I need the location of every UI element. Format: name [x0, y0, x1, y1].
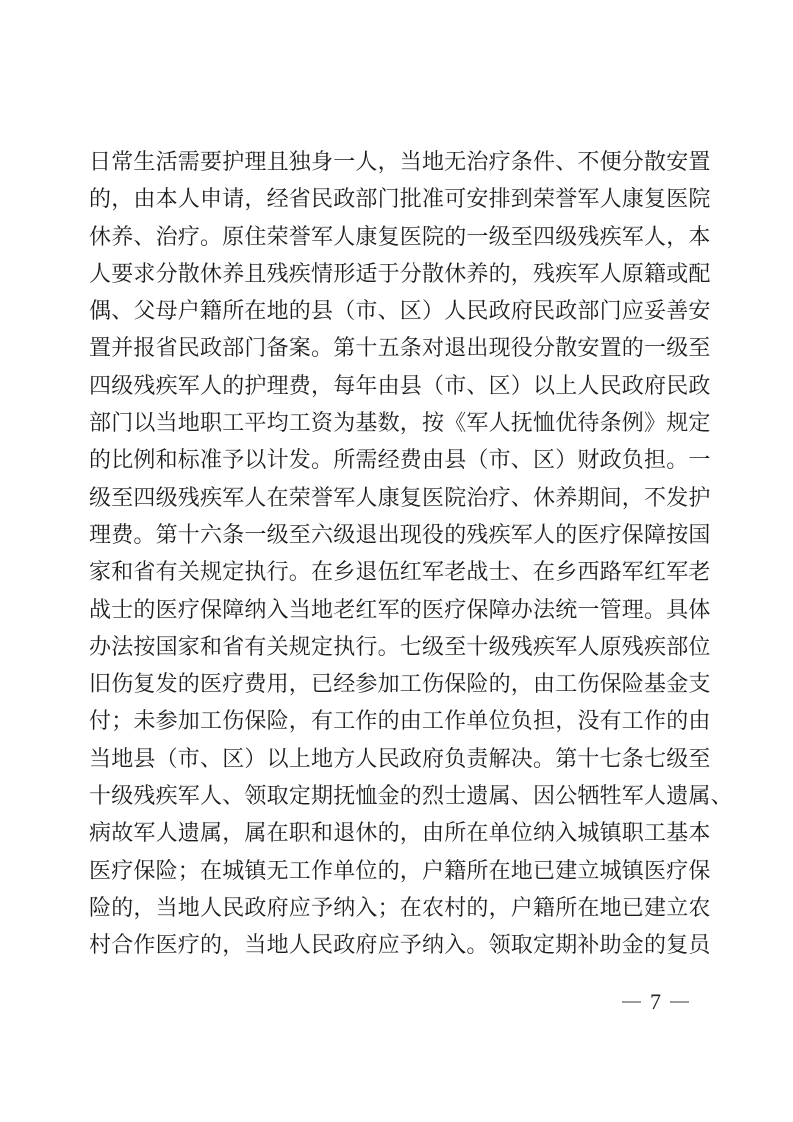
- text-line: 的，由本人申请，经省民政部门批准可安排到荣誉军人康复医院: [89, 180, 709, 217]
- text-line: 付；未参加工伤保险，有工作的由工作单位负担，没有工作的由: [89, 702, 709, 739]
- page-number-dash-left: [622, 1001, 641, 1003]
- text-line: 部门以当地职工平均工资为基数，按《军人抚恤优待条例》规定: [89, 404, 709, 441]
- text-line: 的比例和标准予以计发。所需经费由县（市、区）财政负担。一: [89, 441, 709, 478]
- page-number-value: 7: [650, 991, 661, 1013]
- text-line: 办法按国家和省有关规定执行。七级至十级残疾军人原残疾部位: [89, 628, 709, 665]
- text-line: 日常生活需要护理且独身一人，当地无治疗条件、不便分散安置: [89, 143, 709, 180]
- text-line: 置并报省民政部门备案。第十五条对退出现役分散安置的一级至: [89, 329, 709, 366]
- text-line: 理费。第十六条一级至六级退出现役的残疾军人的医疗保障按国: [89, 516, 709, 553]
- body-text: 日常生活需要护理且独身一人，当地无治疗条件、不便分散安置 的，由本人申请，经省民…: [89, 143, 709, 964]
- text-line: 人要求分散休养且残疾情形适于分散休养的，残疾军人原籍或配: [89, 255, 709, 292]
- document-page: 日常生活需要护理且独身一人，当地无治疗条件、不便分散安置 的，由本人申请，经省民…: [0, 0, 793, 1122]
- text-line: 战士的医疗保障纳入当地老红军的医疗保障办法统一管理。具体: [89, 591, 709, 628]
- text-line: 偶、父母户籍所在地的县（市、区）人民政府民政部门应妥善安: [89, 292, 709, 329]
- text-line: 级至四级残疾军人在荣誉军人康复医院治疗、休养期间，不发护: [89, 479, 709, 516]
- page-number: 7: [622, 991, 689, 1013]
- text-line: 旧伤复发的医疗费用，已经参加工伤保险的，由工伤保险基金支: [89, 665, 709, 702]
- text-line: 当地县（市、区）以上地方人民政府负责解决。第十七条七级至: [89, 740, 709, 777]
- text-line: 医疗保险；在城镇无工作单位的，户籍所在地已建立城镇医疗保: [89, 852, 709, 889]
- text-line: 家和省有关规定执行。在乡退伍红军老战士、在乡西路军红军老: [89, 553, 709, 590]
- text-line: 四级残疾军人的护理费，每年由县（市、区）以上人民政府民政: [89, 367, 709, 404]
- page-number-dash-right: [670, 1001, 689, 1003]
- text-line: 村合作医疗的，当地人民政府应予纳入。领取定期补助金的复员: [89, 926, 709, 963]
- text-line: 休养、治疗。原住荣誉军人康复医院的一级至四级残疾军人，本: [89, 218, 709, 255]
- text-line: 险的，当地人民政府应予纳入；在农村的，户籍所在地已建立农: [89, 889, 709, 926]
- text-line: 病故军人遗属，属在职和退休的，由所在单位纳入城镇职工基本: [89, 814, 709, 851]
- text-line: 十级残疾军人、领取定期抚恤金的烈士遗属、因公牺牲军人遗属、: [89, 777, 709, 814]
